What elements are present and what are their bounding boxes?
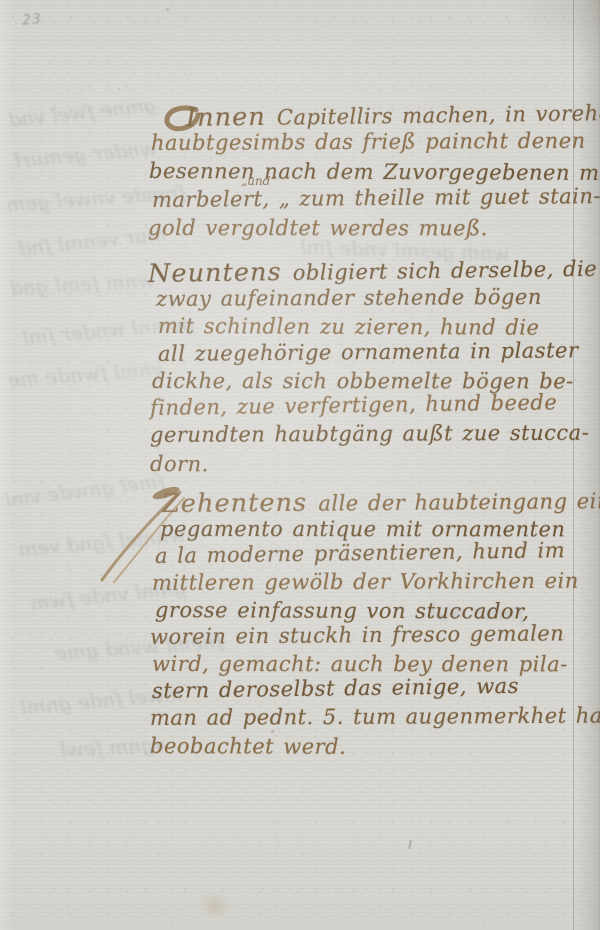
paragraph-initial: Neuntens (148, 257, 293, 289)
manuscript-line: mit schindlen zu zieren, hund die (158, 314, 540, 340)
manuscript-line: pegamento antique mit ornamenten (160, 517, 565, 541)
manuscript-line: gold vergoldtet werdes mueß. (148, 216, 488, 240)
manuscript-line: dorn. (150, 452, 209, 476)
manuscript-line: Innen Capitellirs machen, in vorehen (186, 97, 600, 133)
manuscript-line: a la moderne präsentieren, hund im (155, 538, 565, 568)
paragraph-initial: Innen (186, 102, 277, 133)
folio-number-pencil: 23 (21, 11, 42, 28)
manuscript-line: mittleren gewölb der Vorkhirchen ein (152, 569, 579, 595)
handwriting-layer: Innen Capitellirs machen, in vorehenhaub… (0, 0, 600, 930)
manuscript-line: worein ein stuckh in fresco gemalen (150, 621, 564, 649)
manuscript-line: Neuntens obligiert sich derselbe, die (148, 253, 598, 289)
manuscript-line: marbelert, „ zum theille mit guet stain- (152, 184, 600, 212)
manuscript-line: beobachtet werd. (150, 734, 346, 759)
manuscript-line: zway aufeinander stehende bögen (156, 285, 542, 311)
manuscript-line: wird, gemacht: auch bey denen pila- (152, 652, 568, 676)
manuscript-line: grosse einfassung von stuccador, (155, 598, 530, 624)
manuscript-page: gmne ſwel vndwnder gemurlſmnde vnwel gem… (0, 0, 600, 930)
manuscript-line: all zuegehörige ornamenta in plaster (158, 338, 579, 366)
manuscript-line: haubtgesimbs das frieß paincht denen (151, 129, 586, 155)
manuscript-line: Zehentens alle der haubteingang ein (162, 485, 600, 519)
manuscript-line: besennen nach dem Zuvorgegebenen modell (149, 159, 600, 185)
manuscript-line: dickhe, als sich obbemelte bögen be- (152, 369, 574, 393)
manuscript-line: man ad pednt. 5. tum augenmerkhet hat (150, 704, 600, 730)
manuscript-line: finden, zue verfertigen, hund beede (150, 390, 558, 420)
manuscript-line: stern deroselbst das einige, was (152, 674, 519, 703)
paragraph-initial: Zehentens (162, 488, 319, 519)
manuscript-line: gerundten haubtgäng außt zue stucca- (150, 421, 589, 447)
interlinear-insertion: „und“ (241, 174, 277, 188)
